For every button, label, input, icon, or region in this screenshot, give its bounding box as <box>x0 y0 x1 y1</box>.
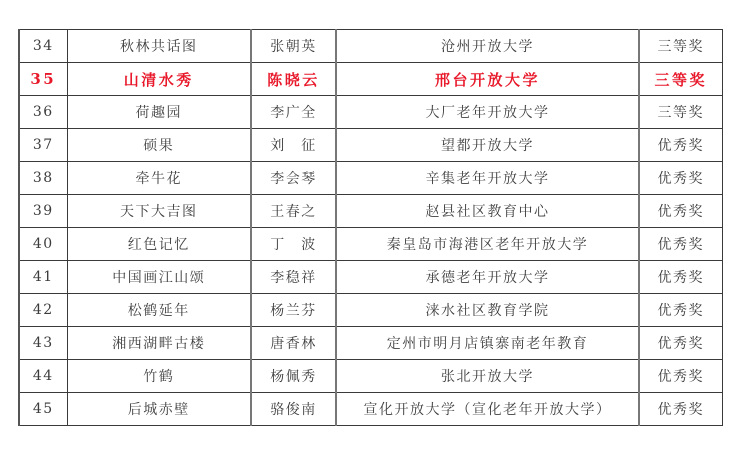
table-row: 42 松鹤延年 杨兰芬 涞水社区教育学院 优秀奖 <box>19 294 722 327</box>
organization-name: 辛集老年开放大学 <box>336 162 639 195</box>
award-level: 优秀奖 <box>639 327 722 360</box>
author-name: 李稳祥 <box>251 261 336 294</box>
award-level: 优秀奖 <box>639 228 722 261</box>
award-level: 三等奖 <box>639 30 722 63</box>
award-level: 三等奖 <box>639 63 722 96</box>
organization-name: 张北开放大学 <box>336 360 639 393</box>
artwork-title: 湘西湖畔古楼 <box>67 327 251 360</box>
author-name: 刘 征 <box>251 129 336 162</box>
award-level: 优秀奖 <box>639 195 722 228</box>
entry-number: 34 <box>19 30 67 63</box>
awards-table-body: 34 秋林共话图 张朝英 沧州开放大学 三等奖 35 山清水秀 陈晓云 邢台开放… <box>19 30 722 426</box>
author-name: 王春之 <box>251 195 336 228</box>
artwork-title: 松鹤延年 <box>67 294 251 327</box>
table-row: 38 牵牛花 李会琴 辛集老年开放大学 优秀奖 <box>19 162 722 195</box>
author-name: 张朝英 <box>251 30 336 63</box>
artwork-title: 荷趣园 <box>67 96 251 129</box>
table-row: 35 山清水秀 陈晓云 邢台开放大学 三等奖 <box>19 63 722 96</box>
entry-number: 39 <box>19 195 67 228</box>
author-name: 李会琴 <box>251 162 336 195</box>
award-level: 优秀奖 <box>639 162 722 195</box>
artwork-title: 硕果 <box>67 129 251 162</box>
organization-name: 宣化开放大学（宣化老年开放大学） <box>336 393 639 426</box>
organization-name: 望都开放大学 <box>336 129 639 162</box>
artwork-title: 山清水秀 <box>67 63 251 96</box>
artwork-title: 红色记忆 <box>67 228 251 261</box>
table-row: 43 湘西湖畔古楼 唐香林 定州市明月店镇寨南老年教育 优秀奖 <box>19 327 722 360</box>
table-row: 44 竹鹤 杨佩秀 张北开放大学 优秀奖 <box>19 360 722 393</box>
entry-number: 36 <box>19 96 67 129</box>
organization-name: 秦皇岛市海港区老年开放大学 <box>336 228 639 261</box>
author-name: 丁 波 <box>251 228 336 261</box>
award-level: 三等奖 <box>639 96 722 129</box>
award-level: 优秀奖 <box>639 261 722 294</box>
organization-name: 涞水社区教育学院 <box>336 294 639 327</box>
table-row: 39 天下大吉图 王春之 赵县社区教育中心 优秀奖 <box>19 195 722 228</box>
award-level: 优秀奖 <box>639 294 722 327</box>
entry-number: 41 <box>19 261 67 294</box>
artwork-title: 秋林共话图 <box>67 30 251 63</box>
organization-name: 大厂老年开放大学 <box>336 96 639 129</box>
entry-number: 44 <box>19 360 67 393</box>
artwork-title: 天下大吉图 <box>67 195 251 228</box>
organization-name: 邢台开放大学 <box>336 63 639 96</box>
table-row: 37 硕果 刘 征 望都开放大学 优秀奖 <box>19 129 722 162</box>
entry-number: 40 <box>19 228 67 261</box>
organization-name: 沧州开放大学 <box>336 30 639 63</box>
author-name: 唐香林 <box>251 327 336 360</box>
award-level: 优秀奖 <box>639 360 722 393</box>
entry-number: 38 <box>19 162 67 195</box>
awards-table: 34 秋林共话图 张朝英 沧州开放大学 三等奖 35 山清水秀 陈晓云 邢台开放… <box>18 29 723 426</box>
award-level: 优秀奖 <box>639 129 722 162</box>
author-name: 杨佩秀 <box>251 360 336 393</box>
entry-number: 45 <box>19 393 67 426</box>
author-name: 李广全 <box>251 96 336 129</box>
author-name: 杨兰芬 <box>251 294 336 327</box>
award-level: 优秀奖 <box>639 393 722 426</box>
table-row: 45 后城赤壁 骆俊南 宣化开放大学（宣化老年开放大学） 优秀奖 <box>19 393 722 426</box>
table-row: 40 红色记忆 丁 波 秦皇岛市海港区老年开放大学 优秀奖 <box>19 228 722 261</box>
entry-number: 35 <box>19 63 67 96</box>
artwork-title: 中国画江山颂 <box>67 261 251 294</box>
artwork-title: 后城赤壁 <box>67 393 251 426</box>
author-name: 陈晓云 <box>251 63 336 96</box>
organization-name: 承德老年开放大学 <box>336 261 639 294</box>
organization-name: 定州市明月店镇寨南老年教育 <box>336 327 639 360</box>
entry-number: 42 <box>19 294 67 327</box>
entry-number: 37 <box>19 129 67 162</box>
table-row: 41 中国画江山颂 李稳祥 承德老年开放大学 优秀奖 <box>19 261 722 294</box>
artwork-title: 竹鹤 <box>67 360 251 393</box>
artwork-title: 牵牛花 <box>67 162 251 195</box>
entry-number: 43 <box>19 327 67 360</box>
author-name: 骆俊南 <box>251 393 336 426</box>
table-row: 34 秋林共话图 张朝英 沧州开放大学 三等奖 <box>19 30 722 63</box>
table-row: 36 荷趣园 李广全 大厂老年开放大学 三等奖 <box>19 96 722 129</box>
organization-name: 赵县社区教育中心 <box>336 195 639 228</box>
